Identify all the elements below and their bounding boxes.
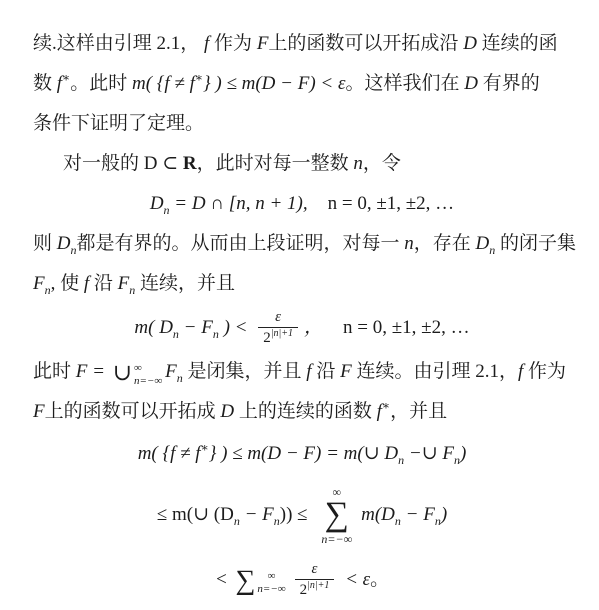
sum-operator: ∑∞n=−∞ <box>235 567 285 595</box>
fraction-denominator: 2|n|+1 <box>258 327 298 348</box>
sum-operator: ∞∑n=−∞ <box>321 486 352 545</box>
text-run: 对一般的 <box>63 153 144 174</box>
math-sup: |n|+1 <box>271 328 293 339</box>
math-run: − F <box>240 504 274 525</box>
paragraph-line-4: 对一般的 D ⊂ R，此时对每一整数 n，令 <box>33 144 571 184</box>
sigma-icon: ∑ <box>325 499 349 531</box>
text-run: ，此时对每一整数 <box>197 153 354 174</box>
math-run: < <box>215 569 233 590</box>
upper-limit: ∞ <box>257 570 285 583</box>
math-var: D <box>476 233 490 254</box>
math-run: D ⊂ <box>144 153 183 174</box>
math-var: n <box>404 233 414 254</box>
math-run: 2 <box>263 330 271 346</box>
math-sup: ∗ <box>195 71 203 85</box>
math-run: − F <box>179 317 213 338</box>
lower-limit: n=−∞ <box>321 533 352 545</box>
math-run: ) <box>441 504 447 525</box>
formula-inequality-3: < ∑∞n=−∞ε2|n|+1 < ε。 <box>33 554 571 606</box>
text-run: 的闭子集 <box>495 233 576 254</box>
math-run: F = <box>76 361 110 382</box>
math-var: D <box>464 73 478 94</box>
formula-measure-bound: m( Dn − Fn ) < ε2|n|+1，n = 0, ±1, ±2, … <box>33 304 571 352</box>
math-sup: |n|+1 <box>307 580 329 591</box>
math-var: F <box>33 273 45 294</box>
math-run: )) ≤ <box>280 504 313 525</box>
math-sup: ∗ <box>62 71 70 85</box>
math-var: F <box>340 361 352 382</box>
math-var: D <box>220 401 234 422</box>
text-run: ，令 <box>363 153 401 174</box>
math-var: F <box>118 273 130 294</box>
text-run: 都是有界的。从而由上段证明，对每一 <box>77 233 405 254</box>
math-run: −∪ F <box>404 443 454 464</box>
math-run: ) < <box>219 317 252 338</box>
math-run: m( {f ≠ f <box>132 73 195 94</box>
math-run: ， <box>304 317 323 338</box>
math-run: n = 0, ±1, ±2, … <box>343 317 470 338</box>
text-run: 。 <box>370 569 389 590</box>
text-run: 。此时 <box>70 73 132 94</box>
text-run: 作为 <box>209 33 257 54</box>
formula-inequality-1: m( {f ≠ f∗} ) ≤ m(D − F) = m(∪ Dn −∪ Fn) <box>33 432 571 476</box>
math-bold-R: R <box>183 153 197 174</box>
text-run: 有界的 <box>478 73 540 94</box>
math-run: ≤ m(∪ (D <box>157 504 234 525</box>
text-run: ，存在 <box>414 233 476 254</box>
paragraph-line-3: 条件下证明了定理。 <box>33 104 571 144</box>
math-var: F <box>165 361 177 382</box>
math-run: m( D <box>134 317 173 338</box>
lower-limit: n=−∞ <box>134 375 162 388</box>
math-var: F <box>257 33 269 54</box>
math-run: } ) ≤ m(D − F) < ε <box>203 73 345 94</box>
text-run: 此时 <box>33 361 76 382</box>
formula-Dn-definition: Dn = D ∩ [n, n + 1),n = 0, ±1, ±2, … <box>33 184 571 224</box>
math-run: m(D <box>361 504 395 525</box>
text-run: 沿 <box>89 273 118 294</box>
union-operator: ∪∞n=−∞ <box>113 360 162 385</box>
union-limits: ∞n=−∞ <box>134 362 162 387</box>
fraction-denominator: 2|n|+1 <box>295 579 335 600</box>
upper-limit: ∞ <box>134 362 162 375</box>
paragraph-line-7: Fn, 使 f 沿 Fn 连续，并且 <box>33 264 571 304</box>
math-var: D <box>57 233 71 254</box>
text-run: 数 <box>33 73 57 94</box>
fraction: ε2|n|+1 <box>258 309 298 348</box>
math-var: D <box>463 33 477 54</box>
fraction: ε2|n|+1 <box>295 561 335 600</box>
math-var: n <box>353 153 363 174</box>
text-run: 是闭集，并且 <box>183 361 307 382</box>
paragraph-line-2: 数 f∗。此时 m( {f ≠ f∗} ) ≤ m(D − F) < ε。这样我… <box>33 64 571 104</box>
text-run: 沿 <box>312 361 341 382</box>
math-run: − F <box>401 504 435 525</box>
math-sup: ∗ <box>382 399 390 413</box>
text-run: 上的函数可以开拓成 <box>45 401 221 422</box>
math-run: ) <box>460 443 466 464</box>
text-run: 。这样我们在 <box>345 73 464 94</box>
text-run: 连续，并且 <box>135 273 235 294</box>
paragraph-line-6: 则 Dn都是有界的。从而由上段证明，对每一 n，存在 Dn 的闭子集 <box>33 224 571 264</box>
text-run: , 使 <box>51 273 84 294</box>
sum-limits: ∞n=−∞ <box>257 570 285 595</box>
union-icon: ∪ <box>113 361 132 384</box>
paragraph-line-1: 续.这样由引理 2.1， f 作为 F上的函数可以开拓成沿 D 连续的函 <box>33 24 571 64</box>
math-run: n = 0, ±1, ±2, … <box>328 193 455 214</box>
text-run: 上的连续的函数 <box>234 401 377 422</box>
fraction-numerator: ε <box>258 309 298 326</box>
sigma-icon: ∑ <box>235 567 255 595</box>
text-run: ，并且 <box>390 401 447 422</box>
lower-limit: n=−∞ <box>257 583 285 596</box>
formula-inequality-2: ≤ m(∪ (Dn − Fn)) ≤ ∞∑n=−∞m(Dn − Fn) <box>33 476 571 554</box>
text-run: 则 <box>33 233 57 254</box>
text-run: 连续。由引理 2.1， <box>352 361 518 382</box>
math-run: } ) ≤ m(D − F) = m(∪ D <box>209 443 398 464</box>
paragraph-line-10: F上的函数可以开拓成 D 上的连续的函数 f∗，并且 <box>33 392 571 432</box>
paragraph-line-9: 此时 F = ∪∞n=−∞Fn 是闭集，并且 f 沿 F 连续。由引理 2.1，… <box>33 352 571 392</box>
math-run: 2 <box>300 582 308 598</box>
text-run: 续.这样由引理 2.1， <box>33 33 204 54</box>
math-sup: ∗ <box>201 441 209 455</box>
math-run: m( {f ≠ f <box>138 443 201 464</box>
math-run: = D ∩ [n, n + 1), <box>170 193 308 214</box>
math-run: < ε <box>340 569 370 590</box>
text-run: 连续的函 <box>477 33 558 54</box>
fraction-numerator: ε <box>295 561 335 578</box>
text-run: 作为 <box>523 361 566 382</box>
text-run: 条件下证明了定理。 <box>33 113 204 134</box>
math-var: F <box>33 401 45 422</box>
document-page: 续.这样由引理 2.1， f 作为 F上的函数可以开拓成沿 D 连续的函 数 f… <box>0 0 599 610</box>
math-var: D <box>150 193 164 214</box>
text-run: 上的函数可以开拓成沿 <box>268 33 463 54</box>
